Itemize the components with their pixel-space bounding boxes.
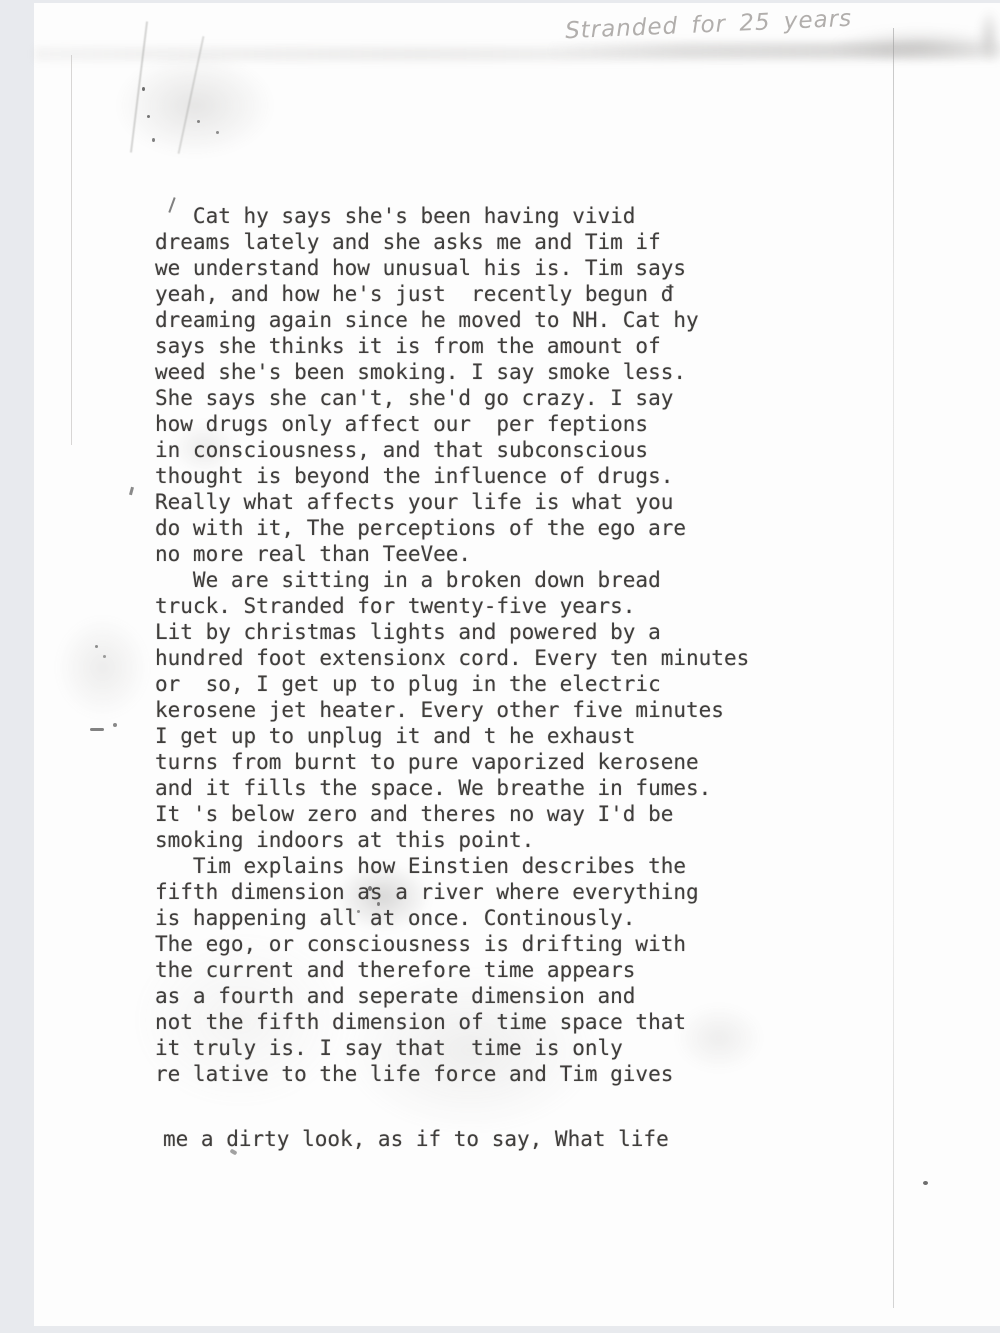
pencil-smudge <box>830 27 1000 63</box>
paragraph-dreams: Cat hy says she's been having vivid drea… <box>155 203 855 567</box>
closing-line: me a dirty look, as if to say, What life <box>155 1126 855 1152</box>
eraser-streak <box>545 42 1000 58</box>
pencil-dash <box>90 728 104 731</box>
ink-speck <box>142 87 145 91</box>
fold-crease-right <box>893 28 894 1308</box>
pen-tick <box>129 487 134 496</box>
scratch-mark <box>178 36 205 154</box>
ink-speck <box>152 138 155 142</box>
smudge-cloud <box>115 53 275 158</box>
scan-band <box>34 47 1000 61</box>
paragraph-bread-truck: We are sitting in a broken down bread tr… <box>155 567 855 853</box>
handwritten-note: Stranded for 25 years <box>565 6 853 45</box>
pencil-dot <box>95 645 98 648</box>
pencil-dot <box>103 655 106 658</box>
ink-speck <box>923 1181 928 1185</box>
ink-speck <box>147 115 150 118</box>
ink-speck <box>216 131 219 134</box>
pencil-dot <box>113 723 117 727</box>
ink-speck <box>197 120 200 123</box>
scratch-mark <box>130 21 148 152</box>
fold-crease-left <box>71 55 72 445</box>
smudge-cloud <box>55 615 150 720</box>
paragraph-fifth-dimension: Tim explains how Einstien describes the … <box>155 853 855 1087</box>
typewritten-text: Cat hy says she's been having vivid drea… <box>155 203 855 1152</box>
document-page: Stranded for 25 years Cat hy says she's … <box>34 3 1000 1326</box>
corner-smudge <box>978 10 1000 62</box>
